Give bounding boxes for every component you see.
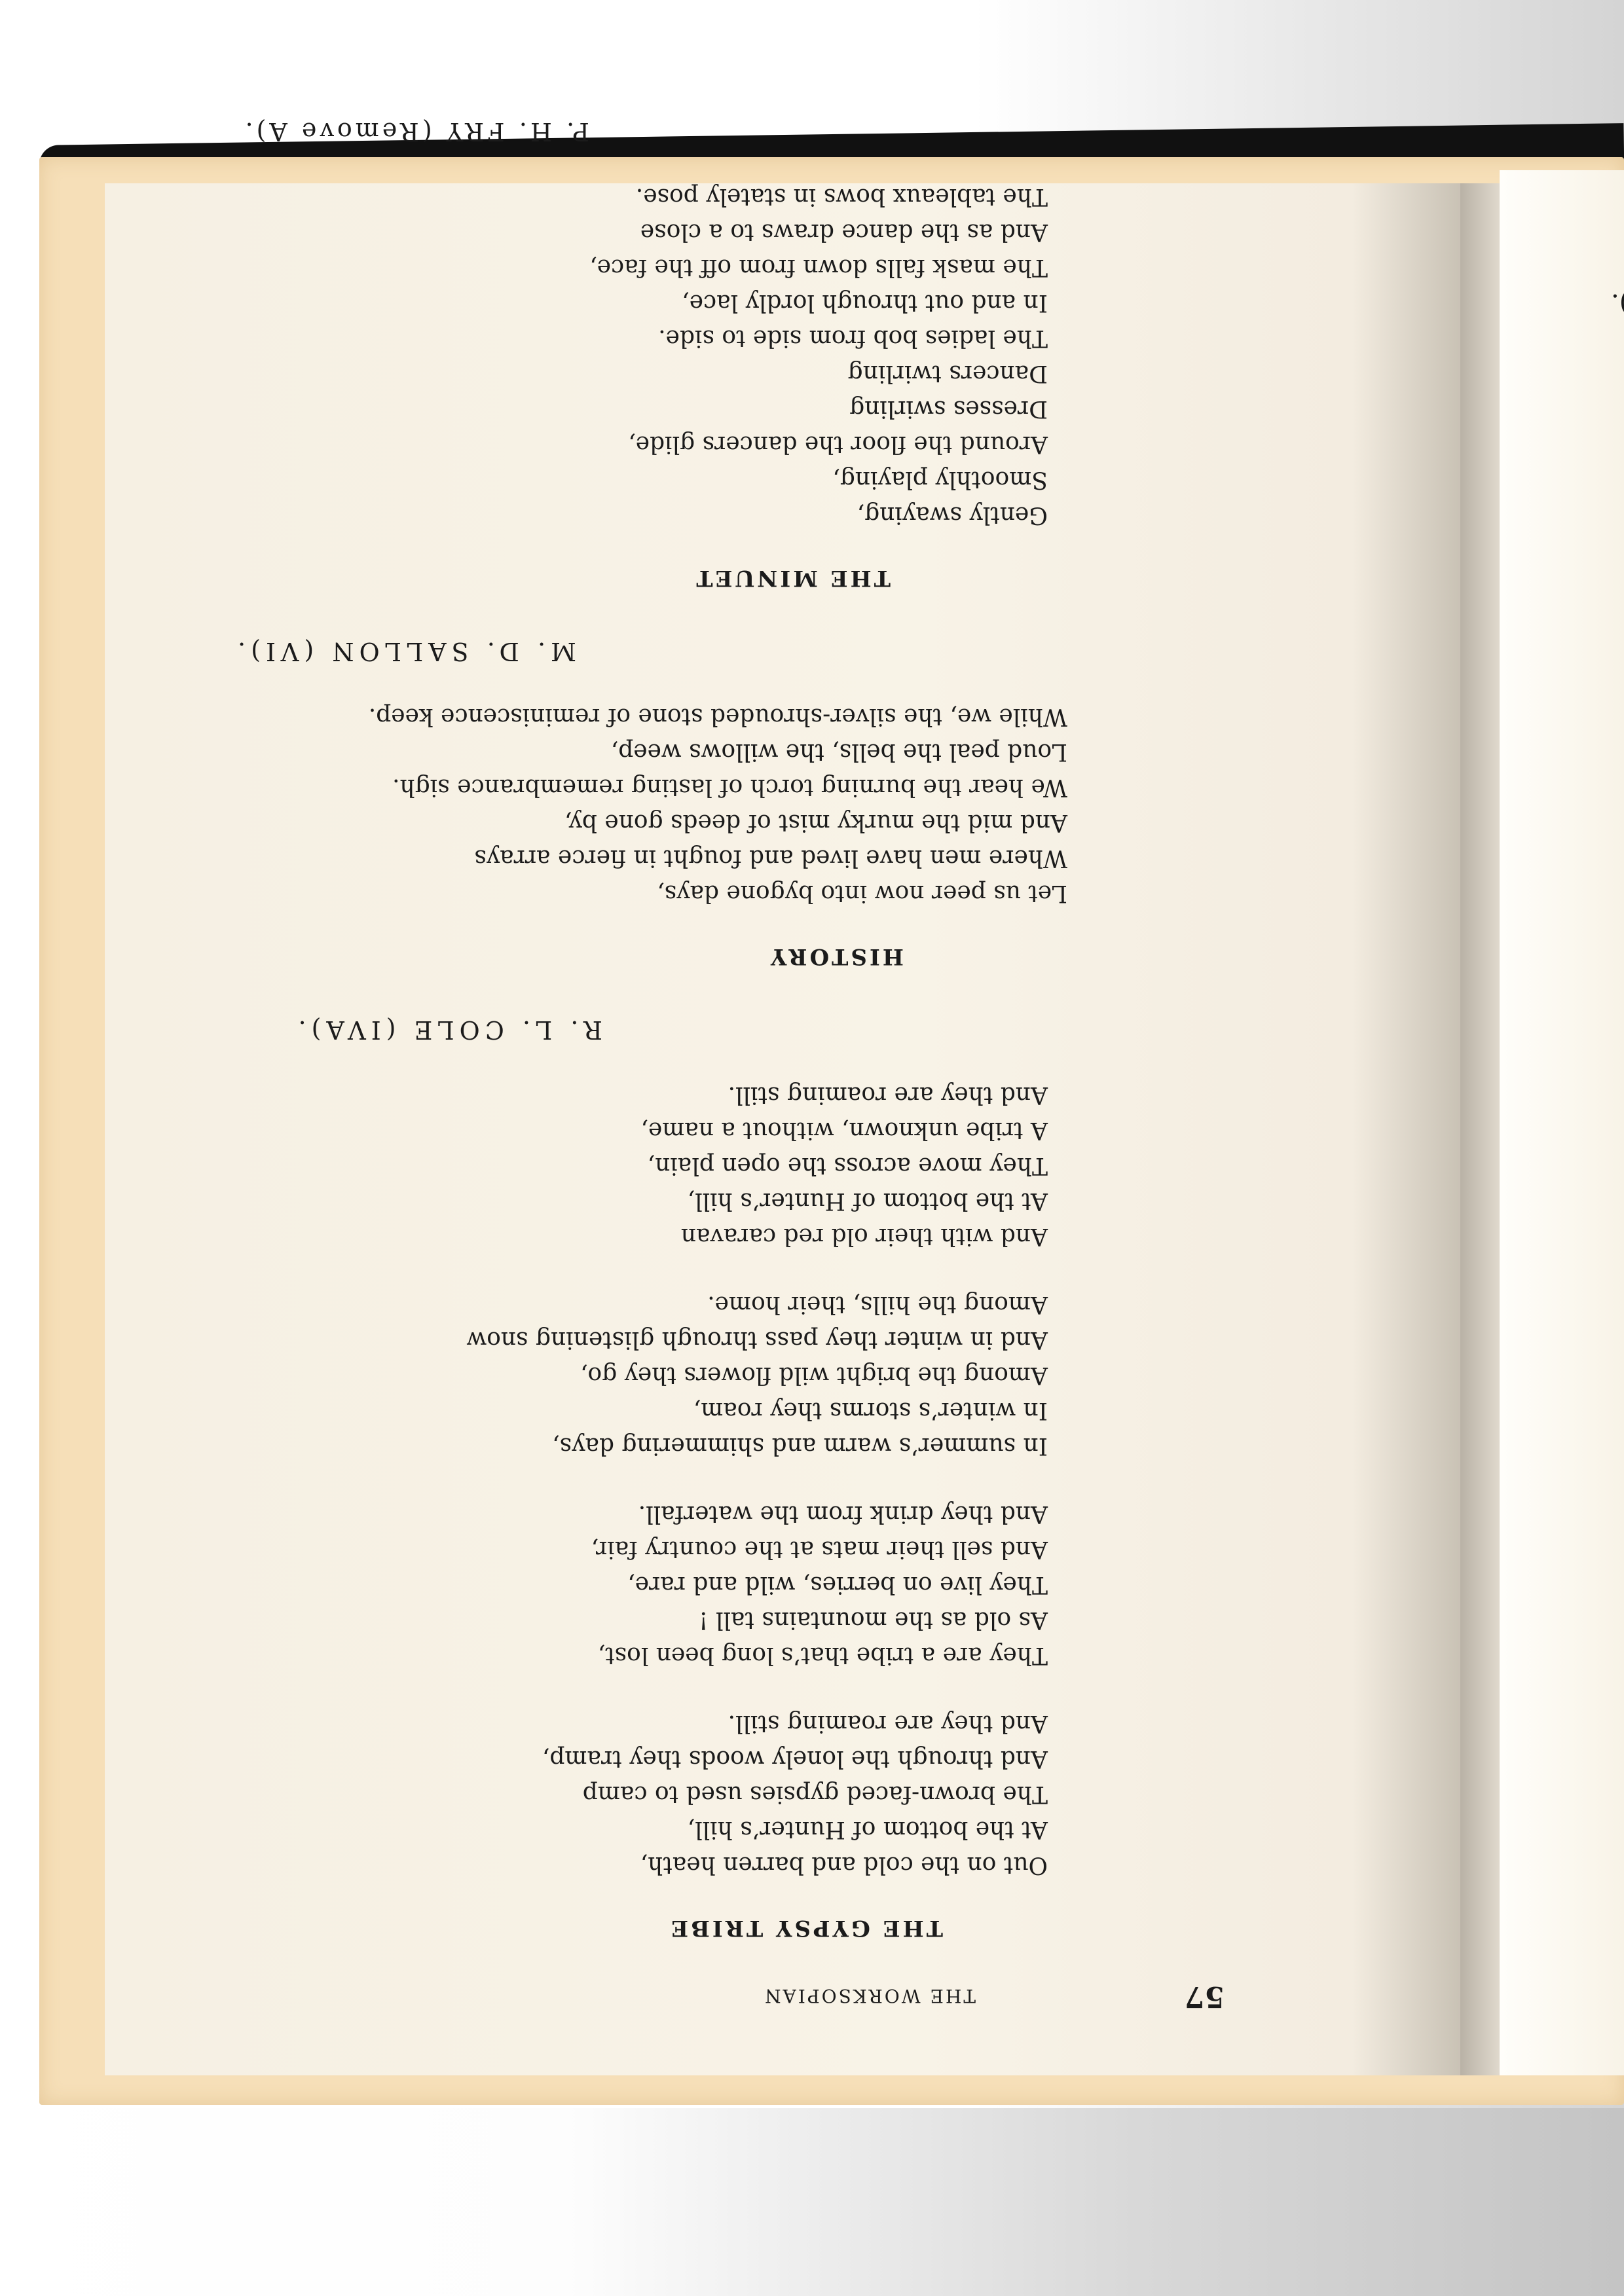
page-header: 57 THE WORKSOPIAN (229, 1961, 1179, 2013)
poem-line: And sell their mats at the country fair, (229, 1531, 1048, 1567)
poem-line: And through the lonely woods they tramp, (229, 1741, 1048, 1776)
poem-line: A tribe unknown, without a name, (229, 1112, 1048, 1148)
page-text-block: 57 THE WORKSOPIAN THE GYPSY TRIBE Out on… (229, 71, 1179, 2013)
poem-line: Around the floor the dancers glide, (229, 426, 1048, 462)
stanza: In summer’s warm and shimmering days, In… (229, 1286, 1048, 1463)
poem-line: As old as the mountains tall ! (229, 1602, 1048, 1637)
poem-line: While we, the silver-shrouded stone of r… (229, 699, 1067, 734)
stanza: Out on the cold and barren heath, At the… (229, 1705, 1048, 1882)
poem-line: In summer’s warm and shimmering days, (229, 1428, 1048, 1463)
poem-line: They are a tribe that’s long been lost, (229, 1637, 1048, 1673)
page-right (1500, 170, 1624, 2075)
page-number: 57 (1185, 1980, 1225, 2013)
poem-line: And they are roaming still. (229, 1077, 1048, 1112)
poem-line: The brown-faced gypsies used to camp (229, 1776, 1048, 1812)
poem-line: The mask falls down from off the face, (229, 249, 1048, 285)
poem-author: M. D. SALLON (VI). (229, 637, 576, 666)
poem-title: HISTORY (229, 943, 904, 970)
poem-history: HISTORY Let us peer now into bygone days… (229, 637, 1179, 970)
poem-line: Dancers twirling (229, 355, 1048, 391)
poem-line: And mid the murky mist of deeds gone by, (229, 805, 1067, 840)
poem-line: Where men have lived and fought in fierc… (229, 840, 1067, 875)
poem-minuet: THE MINUET Gently swaying, Smoothly play… (229, 117, 1179, 591)
poem-line: And they drink from the waterfall. (229, 1496, 1048, 1531)
stanza: They are a tribe that’s long been lost, … (229, 1496, 1048, 1673)
book-gutter (1460, 183, 1500, 2075)
poem-author: R. L. COLE (IVA). (229, 1015, 602, 1044)
right-page-fragment: A). (1611, 288, 1624, 318)
scanner-background (0, 2108, 1624, 2296)
running-head: THE WORKSOPIAN (763, 1985, 976, 2007)
stanza: And with their old red caravan At the bo… (229, 1077, 1048, 1254)
poem-line: Among the bright wild flowers they go, (229, 1357, 1048, 1393)
page-content: 57 THE WORKSOPIAN THE GYPSY TRIBE Out on… (105, 183, 1460, 2075)
poem-line: Loud peal the bells, the willows weep, (229, 734, 1067, 769)
stanza: Gently swaying, Smoothly playing, Around… (229, 179, 1048, 532)
poem-line: The ladies bob from side to side. (229, 320, 1048, 355)
poem-gypsy-tribe: THE GYPSY TRIBE Out on the cold and barr… (229, 1015, 1179, 1941)
poem-line: The tableaux bows in stately pose. (229, 179, 1048, 214)
poem-line: They live on berries, wild and rare, (229, 1567, 1048, 1602)
poem-line: And they are roaming still. (229, 1705, 1048, 1741)
poem-line: Gently swaying, (229, 497, 1048, 532)
poem-line: And in winter they pass through glisteni… (229, 1322, 1048, 1357)
poem-line: They move across the open plain, (229, 1148, 1048, 1183)
poem-line: Smoothly playing, (229, 462, 1048, 497)
poem-line: In winter’s storms they roam, (229, 1393, 1048, 1428)
poem-line: Dresses swirling (229, 391, 1048, 426)
stanza: Let us peer now into bygone days, Where … (229, 699, 1067, 911)
poem-line: Among the hills, their home. (229, 1286, 1048, 1322)
poem-line: We hear the burning torch of lasting rem… (229, 769, 1067, 805)
poem-line: Let us peer now into bygone days, (229, 875, 1067, 911)
poem-author: P. H. FRY (Remove A). (229, 117, 589, 146)
poem-line: At the bottom of Hunter’s hill, (229, 1812, 1048, 1847)
poem-line: And with their old red caravan (229, 1218, 1048, 1254)
poem-line: At the bottom of Hunter’s hill, (229, 1183, 1048, 1218)
poem-title: THE MINUET (229, 565, 891, 591)
poem-line: Out on the cold and barren heath, (229, 1847, 1048, 1882)
poem-line: In and out through lordly lace, (229, 285, 1048, 320)
poem-line: And as the dance draws to a close (229, 214, 1048, 249)
poem-title: THE GYPSY TRIBE (229, 1915, 943, 1941)
